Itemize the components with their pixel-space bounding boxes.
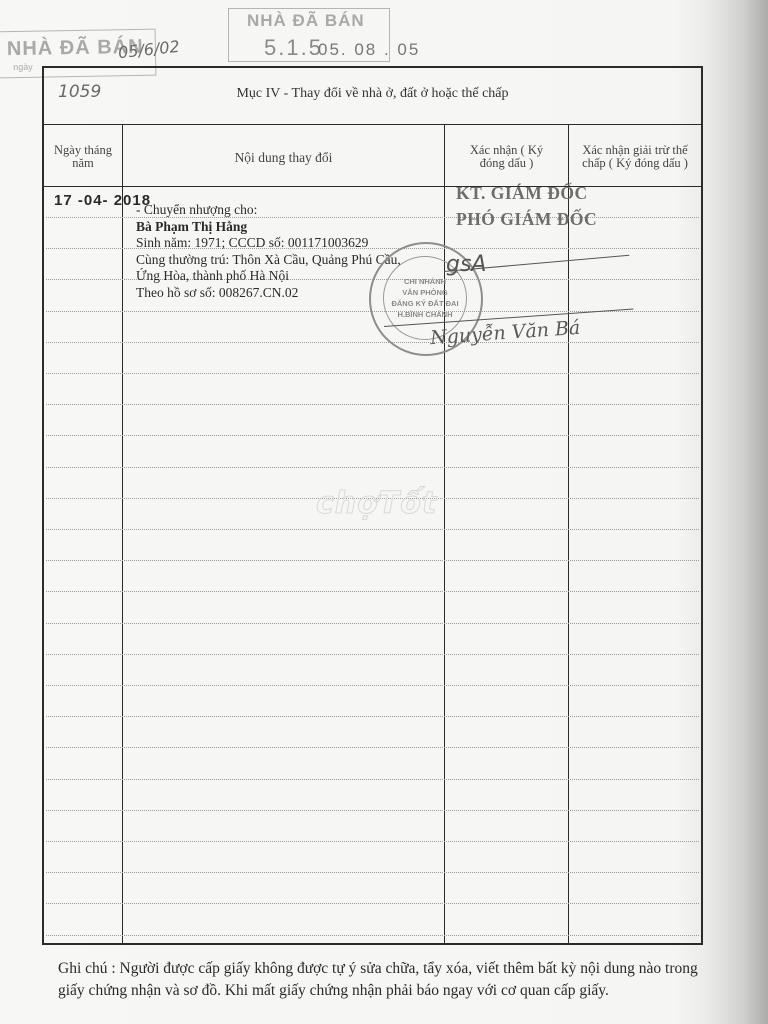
confirmation-title-line2: PHÓ GIÁM ĐỐC xyxy=(456,206,597,232)
header-content: Nội dung thay đổi xyxy=(123,128,444,186)
ruled-line xyxy=(46,841,699,842)
column-divider xyxy=(122,124,123,943)
ruled-line xyxy=(46,872,699,873)
ruled-line xyxy=(46,373,699,374)
confirmation-title-line1: KT. GIÁM ĐỐC xyxy=(456,180,597,206)
seal-line: H.BÌNH CHÁNH xyxy=(398,309,453,320)
watermark-logo: chợTốt xyxy=(316,486,437,521)
ruled-line xyxy=(46,779,699,780)
entry-recipient: Bà Phạm Thị Hằng xyxy=(136,219,401,236)
header-divider xyxy=(44,186,701,187)
ruled-line xyxy=(46,591,699,592)
ruled-line xyxy=(46,467,699,468)
ruled-line xyxy=(46,654,699,655)
ruled-line xyxy=(46,623,699,624)
seal-line: ĐĂNG KÝ ĐẤT ĐAI xyxy=(391,298,458,309)
header-confirmation: Xác nhận ( Ký đóng dấu ) xyxy=(445,128,568,186)
entry-line: Sinh năm: 1971; CCCD số: 001171003629 xyxy=(136,235,401,252)
section-title-row: Mục IV - Thay đổi về nhà ở, đất ở hoặc t… xyxy=(44,68,701,125)
page-edge-shadow xyxy=(708,0,768,1024)
sold-stamp-right-text: NHÀ ĐÃ BÁN xyxy=(247,11,365,31)
header-date: Ngày tháng năm xyxy=(44,128,122,186)
ruled-line xyxy=(46,935,699,936)
sold-stamp-right-number: 5.1.5 xyxy=(264,35,323,61)
document-page: NHÀ ĐÃ BÁN ngày 05/6/02 1059 NHÀ ĐÃ BÁN … xyxy=(0,0,768,1024)
entry-content: - Chuyển nhượng cho: Bà Phạm Thị Hằng Si… xyxy=(136,202,401,301)
entry-line: Ứng Hòa, thành phố Hà Nội xyxy=(136,268,401,285)
seal-line: VĂN PHÒNG xyxy=(402,287,447,298)
footer-note: Ghi chú : Người được cấp giấy không được… xyxy=(58,958,728,1002)
sold-stamp-left-sub: ngày xyxy=(13,62,33,72)
header-mortgage-release: Xác nhận giải trừ thế chấp ( Ký đóng dấu… xyxy=(569,128,701,186)
seal-line: CHI NHÁNH xyxy=(404,276,446,287)
stamp-printed-date: 05. 08 . 05 xyxy=(318,40,420,60)
ruled-line xyxy=(46,685,699,686)
ruled-line xyxy=(46,810,699,811)
section-title: Mục IV - Thay đổi về nhà ở, đất ở hoặc t… xyxy=(44,86,701,102)
entry-line: - Chuyển nhượng cho: xyxy=(136,202,401,219)
ruled-line xyxy=(46,404,699,405)
ruled-line xyxy=(46,903,699,904)
ruled-line xyxy=(46,560,699,561)
entry-line: Cùng thường trú: Thôn Xà Cầu, Quảng Phú … xyxy=(136,252,401,269)
ruled-line xyxy=(46,747,699,748)
ruled-line xyxy=(46,529,699,530)
ruled-line xyxy=(46,435,699,436)
confirmation-title: KT. GIÁM ĐỐC PHÓ GIÁM ĐỐC xyxy=(456,180,597,232)
signature-scribble: ǥsA xyxy=(446,252,486,277)
column-divider xyxy=(568,124,569,943)
ruled-line xyxy=(46,716,699,717)
ruled-line xyxy=(46,342,699,343)
entry-line: Theo hồ sơ số: 008267.CN.02 xyxy=(136,285,401,302)
